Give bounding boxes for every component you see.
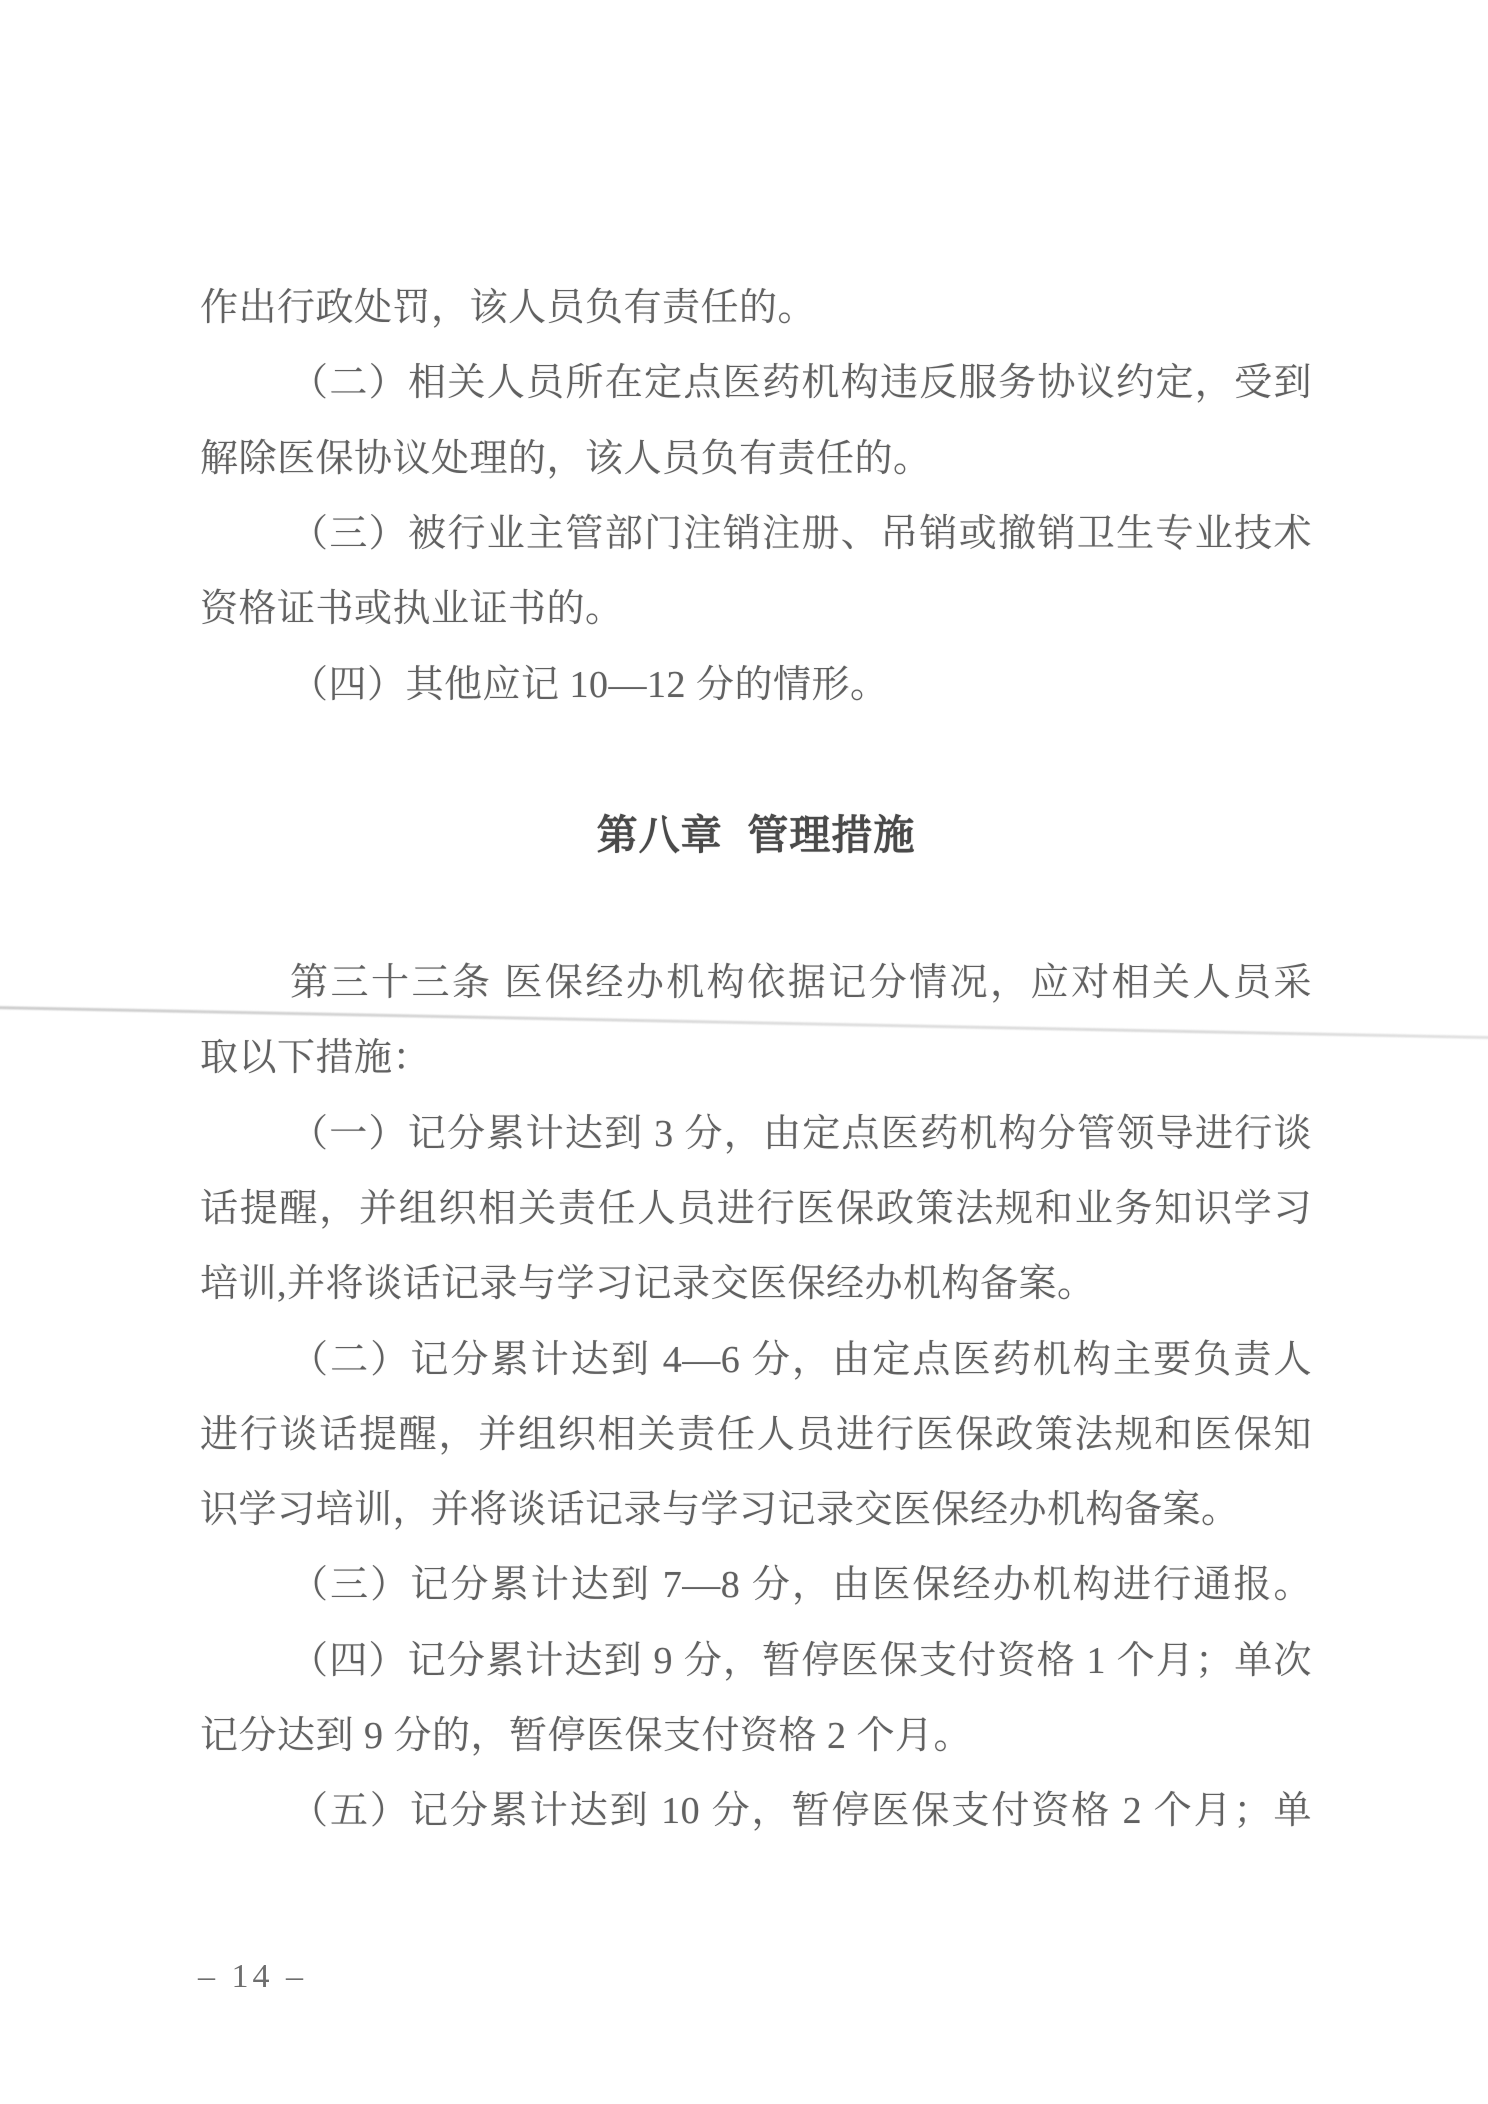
text-line: （三）被行业主管部门注销注册、吊销或撤销卫生专业技术: [200, 511, 1312, 557]
text-line: 解除医保协议处理的，该人员负有责任的。: [200, 436, 1312, 482]
text-line: 记分达到 9 分的，暂停医保支付资格 2 个月。: [200, 1713, 1312, 1759]
text-line: 进行谈话提醒，并组织相关责任人员进行医保政策法规和医保知: [200, 1412, 1312, 1458]
text-line: （四）其他应记 10—12 分的情形。: [200, 662, 1312, 708]
text-line: （三）记分累计达到 7—8 分，由医保经办机构进行通报。: [200, 1562, 1312, 1608]
text-line: （五）记分累计达到 10 分，暂停医保支付资格 2 个月；单: [200, 1788, 1312, 1834]
text-line: 取以下措施：: [200, 1035, 1312, 1081]
text-line: 培训,并将谈话记录与学习记录交医保经办机构备案。: [200, 1261, 1312, 1307]
text-line: 资格证书或执业证书的。: [200, 586, 1312, 632]
text-line: 话提醒，并组织相关责任人员进行医保政策法规和业务知识学习: [200, 1186, 1312, 1232]
document-page: 作出行政处罚，该人员负有责任的。（二）相关人员所在定点医药机构违反服务协议约定，…: [0, 0, 1488, 2104]
text-line: （四）记分累计达到 9 分，暂停医保支付资格 1 个月；单次: [200, 1638, 1312, 1684]
page-number: – 14 –: [198, 1958, 307, 1996]
text-line: 第三十三条 医保经办机构依据记分情况，应对相关人员采: [200, 960, 1312, 1006]
chapter-heading: 第八章 管理措施: [200, 812, 1312, 858]
text-line: 作出行政处罚，该人员负有责任的。: [200, 285, 1312, 331]
text-line: （二）记分累计达到 4—6 分，由定点医药机构主要负责人: [200, 1337, 1312, 1383]
text-line: （二）相关人员所在定点医药机构违反服务协议约定，受到: [200, 360, 1312, 406]
text-line: （一）记分累计达到 3 分，由定点医药机构分管领导进行谈: [200, 1111, 1312, 1157]
scan-crease-artifact: [0, 1006, 1488, 1039]
text-line: 识学习培训，并将谈话记录与学习记录交医保经办机构备案。: [200, 1487, 1312, 1533]
